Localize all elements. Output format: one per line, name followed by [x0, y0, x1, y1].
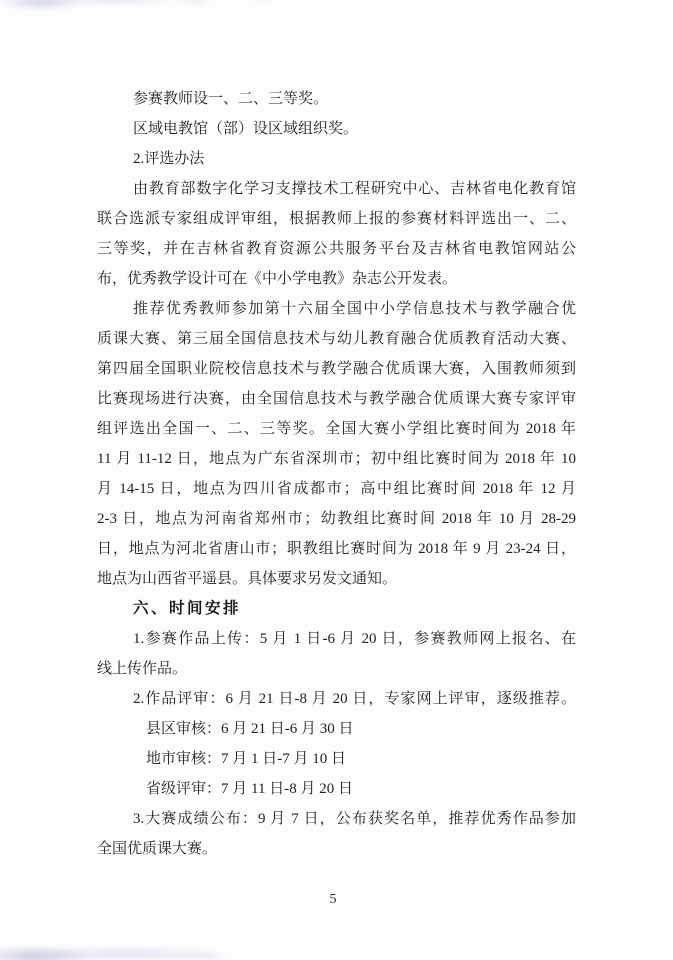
text-line: 由教育部数字化学习支撑技术工程研究中心、吉林省电化教育馆	[97, 174, 576, 204]
text-line: 日，地点为河北省唐山市；职教组比赛时间为 2018 年 9 月 23-24 日，	[97, 534, 576, 564]
text-line: 质课大赛、第三届全国信息技术与幼儿教育融合优质教育活动大赛、	[97, 324, 576, 354]
scan-smudge-top-left	[0, 0, 294, 24]
text-line: 区域电教馆（部）设区域组织奖。	[97, 114, 576, 144]
document-text-block: 参赛教师设一、二、三等奖。 区域电教馆（部）设区域组织奖。 2.评选办法 由教育…	[97, 84, 576, 864]
text-line: 组评选出全国一、二、三等奖。全国大赛小学组比赛时间为 2018 年	[97, 414, 576, 444]
text-line: 联合选派专家组成评审组，根据教师上报的参赛材料评选出一、二、	[97, 204, 576, 234]
document-page: 参赛教师设一、二、三等奖。 区域电教馆（部）设区域组织奖。 2.评选办法 由教育…	[0, 0, 673, 960]
text-line: 3.大赛成绩公布：9 月 7 日，公布获奖名单，推荐优秀作品参加	[97, 804, 576, 834]
page-number: 5	[320, 890, 346, 910]
text-line: 11 月 11-12 日，地点为广东省深圳市；初中组比赛时间为 2018 年 1…	[97, 444, 576, 474]
text-line: 全国优质课大赛。	[97, 834, 576, 864]
text-line: 线上传作品。	[97, 654, 576, 684]
text-line: 2-3 日，地点为河南省郑州市；幼教组比赛时间 2018 年 10 月 28-2…	[97, 504, 576, 534]
text-line: 参赛教师设一、二、三等奖。	[97, 84, 576, 114]
text-line: 布，优秀教学设计可在《中小学电教》杂志公开发表。	[97, 264, 576, 294]
text-line: 比赛现场进行决赛，由全国信息技术与教学融合优质课大赛专家评审	[97, 384, 576, 414]
text-line: 推荐优秀教师参加第十六届全国中小学信息技术与教学融合优	[97, 294, 576, 324]
section-heading-time-schedule: 六、时间安排	[97, 594, 576, 624]
text-line: 第四届全国职业院校信息技术与教学融合优质课大赛，入围教师须到	[97, 354, 576, 384]
scan-smudge-bottom-left	[0, 934, 242, 960]
schedule-item: 地市审核：7 月 1 日-7 月 10 日	[97, 744, 576, 774]
text-line: 三等奖，并在吉林省教育资源公共服务平台及吉林省电教馆网站公	[97, 234, 576, 264]
schedule-item: 省级评审：7 月 11 日-8 月 20 日	[97, 774, 576, 804]
schedule-item: 县区审核：6 月 21 日-6 月 30 日	[97, 714, 576, 744]
text-line: 1.参赛作品上传：5 月 1 日-6 月 20 日，参赛教师网上报名、在	[97, 624, 576, 654]
text-line: 地点为山西省平遥县。具体要求另发文通知。	[97, 564, 576, 594]
list-item-heading: 2.评选办法	[97, 144, 576, 174]
text-line: 月 14-15 日，地点为四川省成都市；高中组比赛时间 2018 年 12 月	[97, 474, 576, 504]
text-line: 2.作品评审：6 月 21 日-8 月 20 日，专家网上评审，逐级推荐。	[97, 684, 576, 714]
